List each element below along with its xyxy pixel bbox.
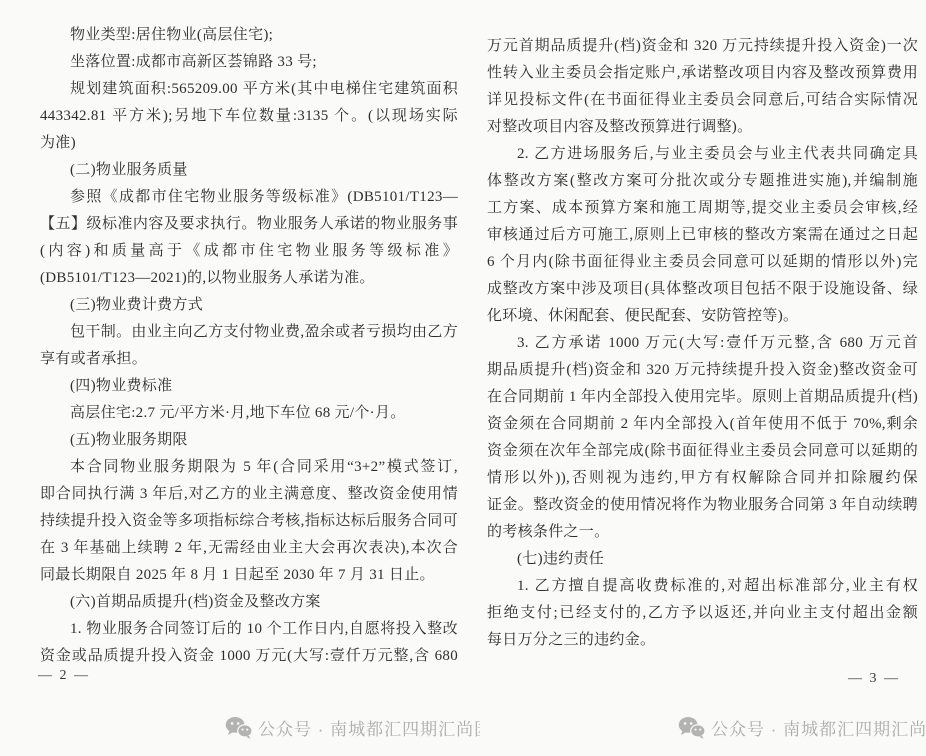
text-line: 资金须在次年全部完成(除书面征得业主委员会同意可以延期的 [487, 438, 918, 465]
text-line: 在合同期前 1 年内全部投入使用完毕。原则上首期品质提升(档) [487, 384, 918, 411]
contract-page-2: 物业类型:居住物业(高层住宅);坐落位置:成都市高新区荟锦路 33 号;规划建筑… [40, 22, 458, 670]
text-line: 2. 乙方进场服务后,与业主委员会与业主代表共同确定具 [487, 141, 918, 168]
text-line: 1. 乙方擅自提高收费标准的,对超出标准部分,业主有权 [487, 573, 918, 600]
text-line: 高层住宅:2.7 元/平方米·月,地下车位 68 元/个·月。 [40, 400, 458, 427]
watermark-left: 公众号 · 南城都汇四期汇尚园 [225, 712, 480, 742]
text-line: 拒绝支付;已经支付的,乙方予以返还,并向业主支付超出金额 [487, 600, 918, 627]
text-line: 成整改方案中涉及项目(具体整改项目包括不限于设施设备、绿 [487, 276, 918, 303]
text-line: 为准) [40, 130, 458, 157]
text-line: 坐落位置:成都市高新区荟锦路 33 号; [40, 49, 458, 76]
text-line: 3. 乙方承诺 1000 万元(大写:壹仟万元整,含 680 万元首 [487, 330, 918, 357]
text-line: 对整改项目内容及整改预算进行调整)。 [487, 114, 918, 141]
text-line: 享有或者承担。 [40, 346, 458, 373]
text-line: 同最长期限自 2025 年 8 月 1 日起至 2030 年 7 月 31 日止… [40, 562, 458, 589]
watermark-text: 公众号 · 南城都汇四期汇尚园业 [711, 715, 926, 740]
text-line: 443342.81 平方米);另地下车位数量:3135 个。(以现场实际 [40, 103, 458, 130]
text-line: 工方案、成本预算方案和施工周期等,提交业主委员会审核,经 [487, 195, 918, 222]
text-line: 审核通过后方可施工,原则上已审核的整改方案需在通过之日起 [487, 222, 918, 249]
text-line: (四)物业费标准 [40, 373, 458, 400]
text-line: (七)违约责任 [487, 546, 918, 573]
text-line: 体整改方案(整改方案可分批次或分专题推进实施),并编制施 [487, 168, 918, 195]
wechat-icon [678, 716, 705, 739]
text-line: 本合同物业服务期限为 5 年(合同采用“3+2”模式签订, [40, 454, 458, 481]
text-line: 即合同执行满 3 年后,对乙方的业主满意度、整改资金使用情况、 [40, 481, 458, 508]
text-line: (五)物业服务期限 [40, 427, 458, 454]
text-line: 规划建筑面积:565209.00 平方米(其中电梯住宅建筑面积 [40, 76, 458, 103]
text-line: 证金。整改资金的使用情况将作为物业服务合同第 3 年自动续聘 [487, 492, 918, 519]
watermark-right: 公众号 · 南城都汇四期汇尚园业 [678, 712, 926, 742]
text-line: 持续提升投入资金等多项指标综合考核,指标达标后服务合同可 [40, 508, 458, 535]
page-2-lines: 物业类型:居住物业(高层住宅);坐落位置:成都市高新区荟锦路 33 号;规划建筑… [40, 22, 458, 670]
text-line: (三)物业费计费方式 [40, 292, 458, 319]
text-line: 6 个月内(除书面征得业主委员会同意可以延期的情形以外)完 [487, 249, 918, 276]
text-line: 参照《成都市住宅物业服务等级标准》(DB5101/T123—2021 [40, 184, 458, 211]
text-line: 万元首期品质提升(档)资金和 320 万元持续提升投入资金)一次 [487, 33, 918, 60]
text-line: 【五】级标准内容及要求执行。物业服务人承诺的物业服务事项 [40, 211, 458, 238]
page-3-lines: 万元首期品质提升(档)资金和 320 万元持续提升投入资金)一次性转入业主委员会… [487, 33, 918, 654]
text-line: 物业类型:居住物业(高层住宅); [40, 22, 458, 49]
watermark-text: 公众号 · 南城都汇四期汇尚园 [258, 715, 480, 740]
text-line: 1. 物业服务合同签订后的 10 个工作日内,自愿将投入整改 [40, 616, 458, 643]
text-line: 资金或品质提升投入资金 1000 万元(大写:壹仟万元整,含 680 [40, 643, 458, 670]
contract-page-3: 万元首期品质提升(档)资金和 320 万元持续提升投入资金)一次性转入业主委员会… [487, 33, 918, 654]
text-line: 的考核条件之一。 [487, 519, 918, 546]
page-number-3: — 3 — [848, 671, 900, 687]
text-line: 情形以外)),否则视为违约,甲方有权解除合同并扣除履约保 [487, 465, 918, 492]
text-line: 每日万分之三的违约金。 [487, 627, 918, 654]
text-line: (DB5101/T123—2021)的,以物业服务人承诺为准。 [40, 265, 458, 292]
text-line: 在 3 年基础上续聘 2 年,无需经由业主大会再次表决),本次合 [40, 535, 458, 562]
page-number-2: — 2 — [38, 668, 90, 684]
text-line: 化环境、休闲配套、便民配套、安防管控等)。 [487, 303, 918, 330]
text-line: (六)首期品质提升(档)资金及整改方案 [40, 589, 458, 616]
text-line: 资金须在合同期前 2 年内全部投入(首年使用不低于 70%,剩余 [487, 411, 918, 438]
text-line: 详见投标文件(在书面征得业主委员会同意后,可结合实际情况 [487, 87, 918, 114]
text-line: 包干制。由业主向乙方支付物业费,盈余或者亏损均由乙方 [40, 319, 458, 346]
text-line: 期品质提升(档)资金和 320 万元持续提升投入资金)整改资金可 [487, 357, 918, 384]
text-line: (二)物业服务质量 [40, 157, 458, 184]
text-line: (内容)和质量高于《成都市住宅物业服务等级标准》 [40, 238, 458, 265]
wechat-icon [225, 716, 252, 739]
text-line: 性转入业主委员会指定账户,承诺整改项目内容及整改预算费用 [487, 60, 918, 87]
